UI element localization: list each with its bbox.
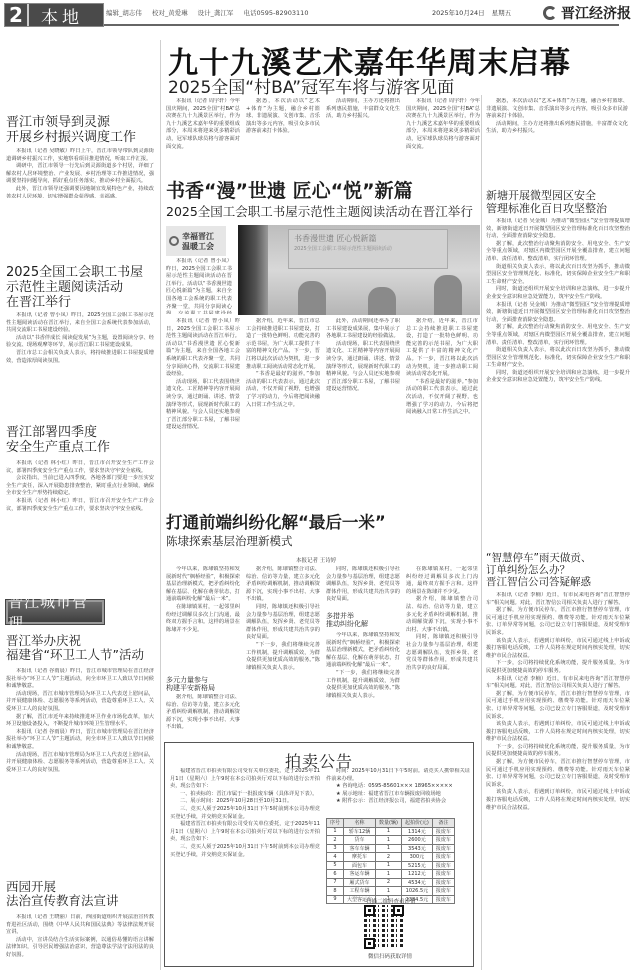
paper-logo-icon <box>543 6 557 20</box>
article-title[interactable]: 晋江市领导到灵源 开展乡村振兴调度工作 <box>6 116 136 146</box>
mediation-subhead: 多措并举 推动纠纷化解 <box>326 612 368 628</box>
feature-subheadline: 2025全国工会职工书屋示范性主题阅读活动在晋江举行 <box>166 205 473 219</box>
lead-body-col2: 据悉，本次活动以“艺术+体育”为主题，融合乡村篮球、非遗展演、文创市集、音乐演出… <box>246 98 320 174</box>
mediation-body-col1: 今年以来，陈埭镇坚持和发展新时代“枫桥经验”，积极探索基层治理新模式，把矛盾纠纷… <box>166 566 240 642</box>
section-banner-city-management: 晋江城市管理 <box>6 600 104 624</box>
section-name: 本地 <box>29 3 83 28</box>
qr-code-placeholder-text <box>490 512 590 546</box>
mediation-body-col3b: 今年以来，陈埭镇坚持和发展新时代“枫桥经验”，积极探索基层治理新模式，把矛盾纠纷… <box>326 632 400 738</box>
article-title[interactable]: 2025全国工会职工书屋 示范性主题阅读活动 在晋江举行 <box>6 266 143 311</box>
table-row: 7厢式货车24534元报废车 <box>327 878 455 887</box>
lead-body-col5: 据悉，本次活动以“艺术+体育”为主题，融合乡村篮球、非遗展演、文创市集、音乐演出… <box>486 98 628 174</box>
union-logo-icon <box>169 236 179 246</box>
byline: 本报记者 王诗婷 <box>296 556 336 564</box>
feature-body-intro: 本报讯（记者 曾小凤）昨日，2025全国工会职工书屋示范性主题阅读活动在晋江举行… <box>166 258 232 314</box>
feature-body-col2: 据介绍，近年来，晋江市总工会持续推进职工书屋建设，打造了一批特色鲜明、功能完善的… <box>246 318 320 494</box>
article-body: 本报讯（记者 吴晓敏）昨日上午，晋江市领导带队到灵源街道调研乡村振兴工作，实地察… <box>6 148 154 198</box>
qr-code-icon[interactable] <box>364 905 404 949</box>
feature-body-col1: 本报讯（记者 曾小凤）昨日，2025全国工会职工书屋示范性主题阅读活动在晋江举行… <box>166 318 240 494</box>
article-body: 本报讯（记者 王晓丽）日前，西园街道组织开展法治宣传教育进社区活动，围绕《中华人… <box>6 914 154 972</box>
credit-editor: 编辑_胡志伟 <box>106 9 142 17</box>
article-body: 本报讯（记者 李楠）近日，有市民来电咨询“晋江智慧停车”相关问题。对此，晋江智信… <box>486 592 630 970</box>
lead-subheadline: 2025全国“村BA”冠军车将与游客见面 <box>168 73 454 98</box>
mediation-subheadline: 陈埭探索基层治理新模式 <box>166 535 293 548</box>
date-line: 2025年10月24日 星期五 <box>432 8 516 17</box>
page-tag: 2 本地 <box>4 3 104 27</box>
table-row: 8工程车辆11026.5元报废车 <box>327 887 455 896</box>
mediation-headline[interactable]: 打通前端纠纷化解“最后一米” <box>166 514 386 533</box>
masthead-rule <box>104 24 619 26</box>
table-header-row: 序号 名称 数量(辆) 起拍价(元) 备注 <box>327 819 455 828</box>
masthead: 2 本地 编辑_胡志伟 校对_黄爱琳 设计_龚江军 电话0595-8290311… <box>0 0 635 30</box>
article-title[interactable]: 晋江部署四季度 安全生产重点工作 <box>6 426 110 456</box>
mediation-body-col1b: 据介绍，陈埭镇整合司法、综治、信访等力量，建立多元化矛盾纠纷调解机制，推动调解资… <box>166 694 240 738</box>
article-title[interactable]: 晋江举办庆祝 福建省“环卫工人节”活动 <box>6 634 144 663</box>
table-row: 5面包车15215元报废车 <box>327 861 455 870</box>
auction-table: 序号 名称 数量(辆) 起拍价(元) 备注 1轿车12辆11314元报废车 2货… <box>326 818 455 904</box>
editor-credits: 编辑_胡志伟 校对_黄爱琳 设计_龚江军 电话0595-82903110 <box>106 8 316 17</box>
table-row: 3客车车辆13543元报废车 <box>327 844 455 853</box>
lead-body-col4: 本报讯（记者 周宇轩）今年国庆期间，2025全国“村BA”总决赛在九十九溪景区举… <box>406 98 480 174</box>
credit-proofreader: 校对_黄爱琳 <box>152 9 188 17</box>
column-divider <box>481 95 482 970</box>
feature-body-col3: 此外，活动期间还举办了职工书屋建设成果展，集中展示了各地职工书屋建设的经验做法。… <box>326 318 400 494</box>
qr-caption-bottom: 微信扫码获取详情 <box>368 952 412 960</box>
article-title[interactable]: “智慧停车”雨天做贡、 订单纠纷怎么办？ 晋江智信公司答疑解惑 <box>486 552 591 588</box>
page-number: 2 <box>5 4 29 26</box>
credit-phone: 电话0595-82903110 <box>243 9 308 17</box>
credit-designer: 设计_龚江军 <box>198 9 234 17</box>
auction-body: 福建省晋江市拍卖有限公司受有关单位委托，定于2025年11月1日（星期六）上午9… <box>170 768 320 964</box>
feature-photo: 书香漫世遗 匠心悦新篇 2025全国工会职工书屋示范性主题阅读活动 <box>238 225 480 315</box>
table-row: 1轿车12辆11314元报废车 <box>327 827 455 836</box>
article-body: 本报讯（记者 谷雨晨）昨日，晋江市城市管理局在晋江经济报社举办“环卫工人节”主题… <box>6 668 154 848</box>
paper-name: 晋江经济报 <box>561 3 631 23</box>
issue-date: 2025年10月24日 <box>432 9 485 17</box>
article-title[interactable]: 新塘开展微型园区安全 管理标准化百日攻坚整治 <box>486 190 607 215</box>
feature-body-col4: 据介绍，近年来，晋江市总工会持续推进职工书屋建设，打造了一批特色鲜明、功能完善的… <box>406 318 478 494</box>
lead-body-col3: 活动期间，主办方还将推出系列惠民措施，丰富群众文化生活，助力乡村振兴。 <box>326 98 400 174</box>
column-divider <box>160 40 161 970</box>
auction-body-right: 时间：2025年10月31日下午5时前。请竞买人携带相关证件前来办理。 ★ 咨询… <box>326 768 470 816</box>
mediation-body-col3: 同时，陈埭镇还积极引导社会力量参与基层治理，组建志愿调解队伍，发挥乡贤、老党员等… <box>326 566 400 610</box>
mediation-subhead: 多元力量参与 构建平安新格局 <box>166 676 215 692</box>
paper-logo: 晋江经济报 <box>543 3 631 23</box>
table-row: 2货车12600元报废车 <box>327 836 455 845</box>
table-row: 6客运车辆11212元报废车 <box>327 870 455 879</box>
feature-logo-image: 幸福晋江 温暖工会 <box>166 226 226 256</box>
article-title[interactable]: 西园开展 法治宣传教育法宣讲 <box>6 880 119 909</box>
mediation-body-col4: 在陈埭镇某村，一起邻里纠纷经过调解员多次上门沟通，最终双方握手言和。这样的场景在… <box>406 566 478 738</box>
issue-weekday: 星期五 <box>492 9 512 17</box>
feature-headline[interactable]: 书香“漫”世遗 匠心“悦”新篇 <box>166 181 413 203</box>
article-body: 本报讯（记者 吴金城）为推动“微型园区”安全管理提质增效，新塘街道近日开展微型园… <box>486 218 630 508</box>
table-row: 4摩托车2300元报废车 <box>327 853 455 862</box>
article-body: 本报讯（记者 曾小凤）昨日，2025全国工会职工书屋示范性主题阅读活动在晋江举行… <box>6 312 154 402</box>
mediation-body-col2: 据介绍，陈埭镇整合司法、综治、信访等力量，建立多元化矛盾纠纷调解机制，推动调解资… <box>246 566 320 738</box>
article-body: 本报讯（记者 林小红）昨日，晋江市召开安全生产工作会议，部署四季度安全生产重点工… <box>6 460 154 566</box>
qr-caption-top: 扫描二维码查看详情 <box>366 897 416 905</box>
lead-body-col1: 本报讯（记者 周宇轩）今年国庆期间，2025全国“村BA”总决赛在九十九溪景区举… <box>166 98 240 174</box>
